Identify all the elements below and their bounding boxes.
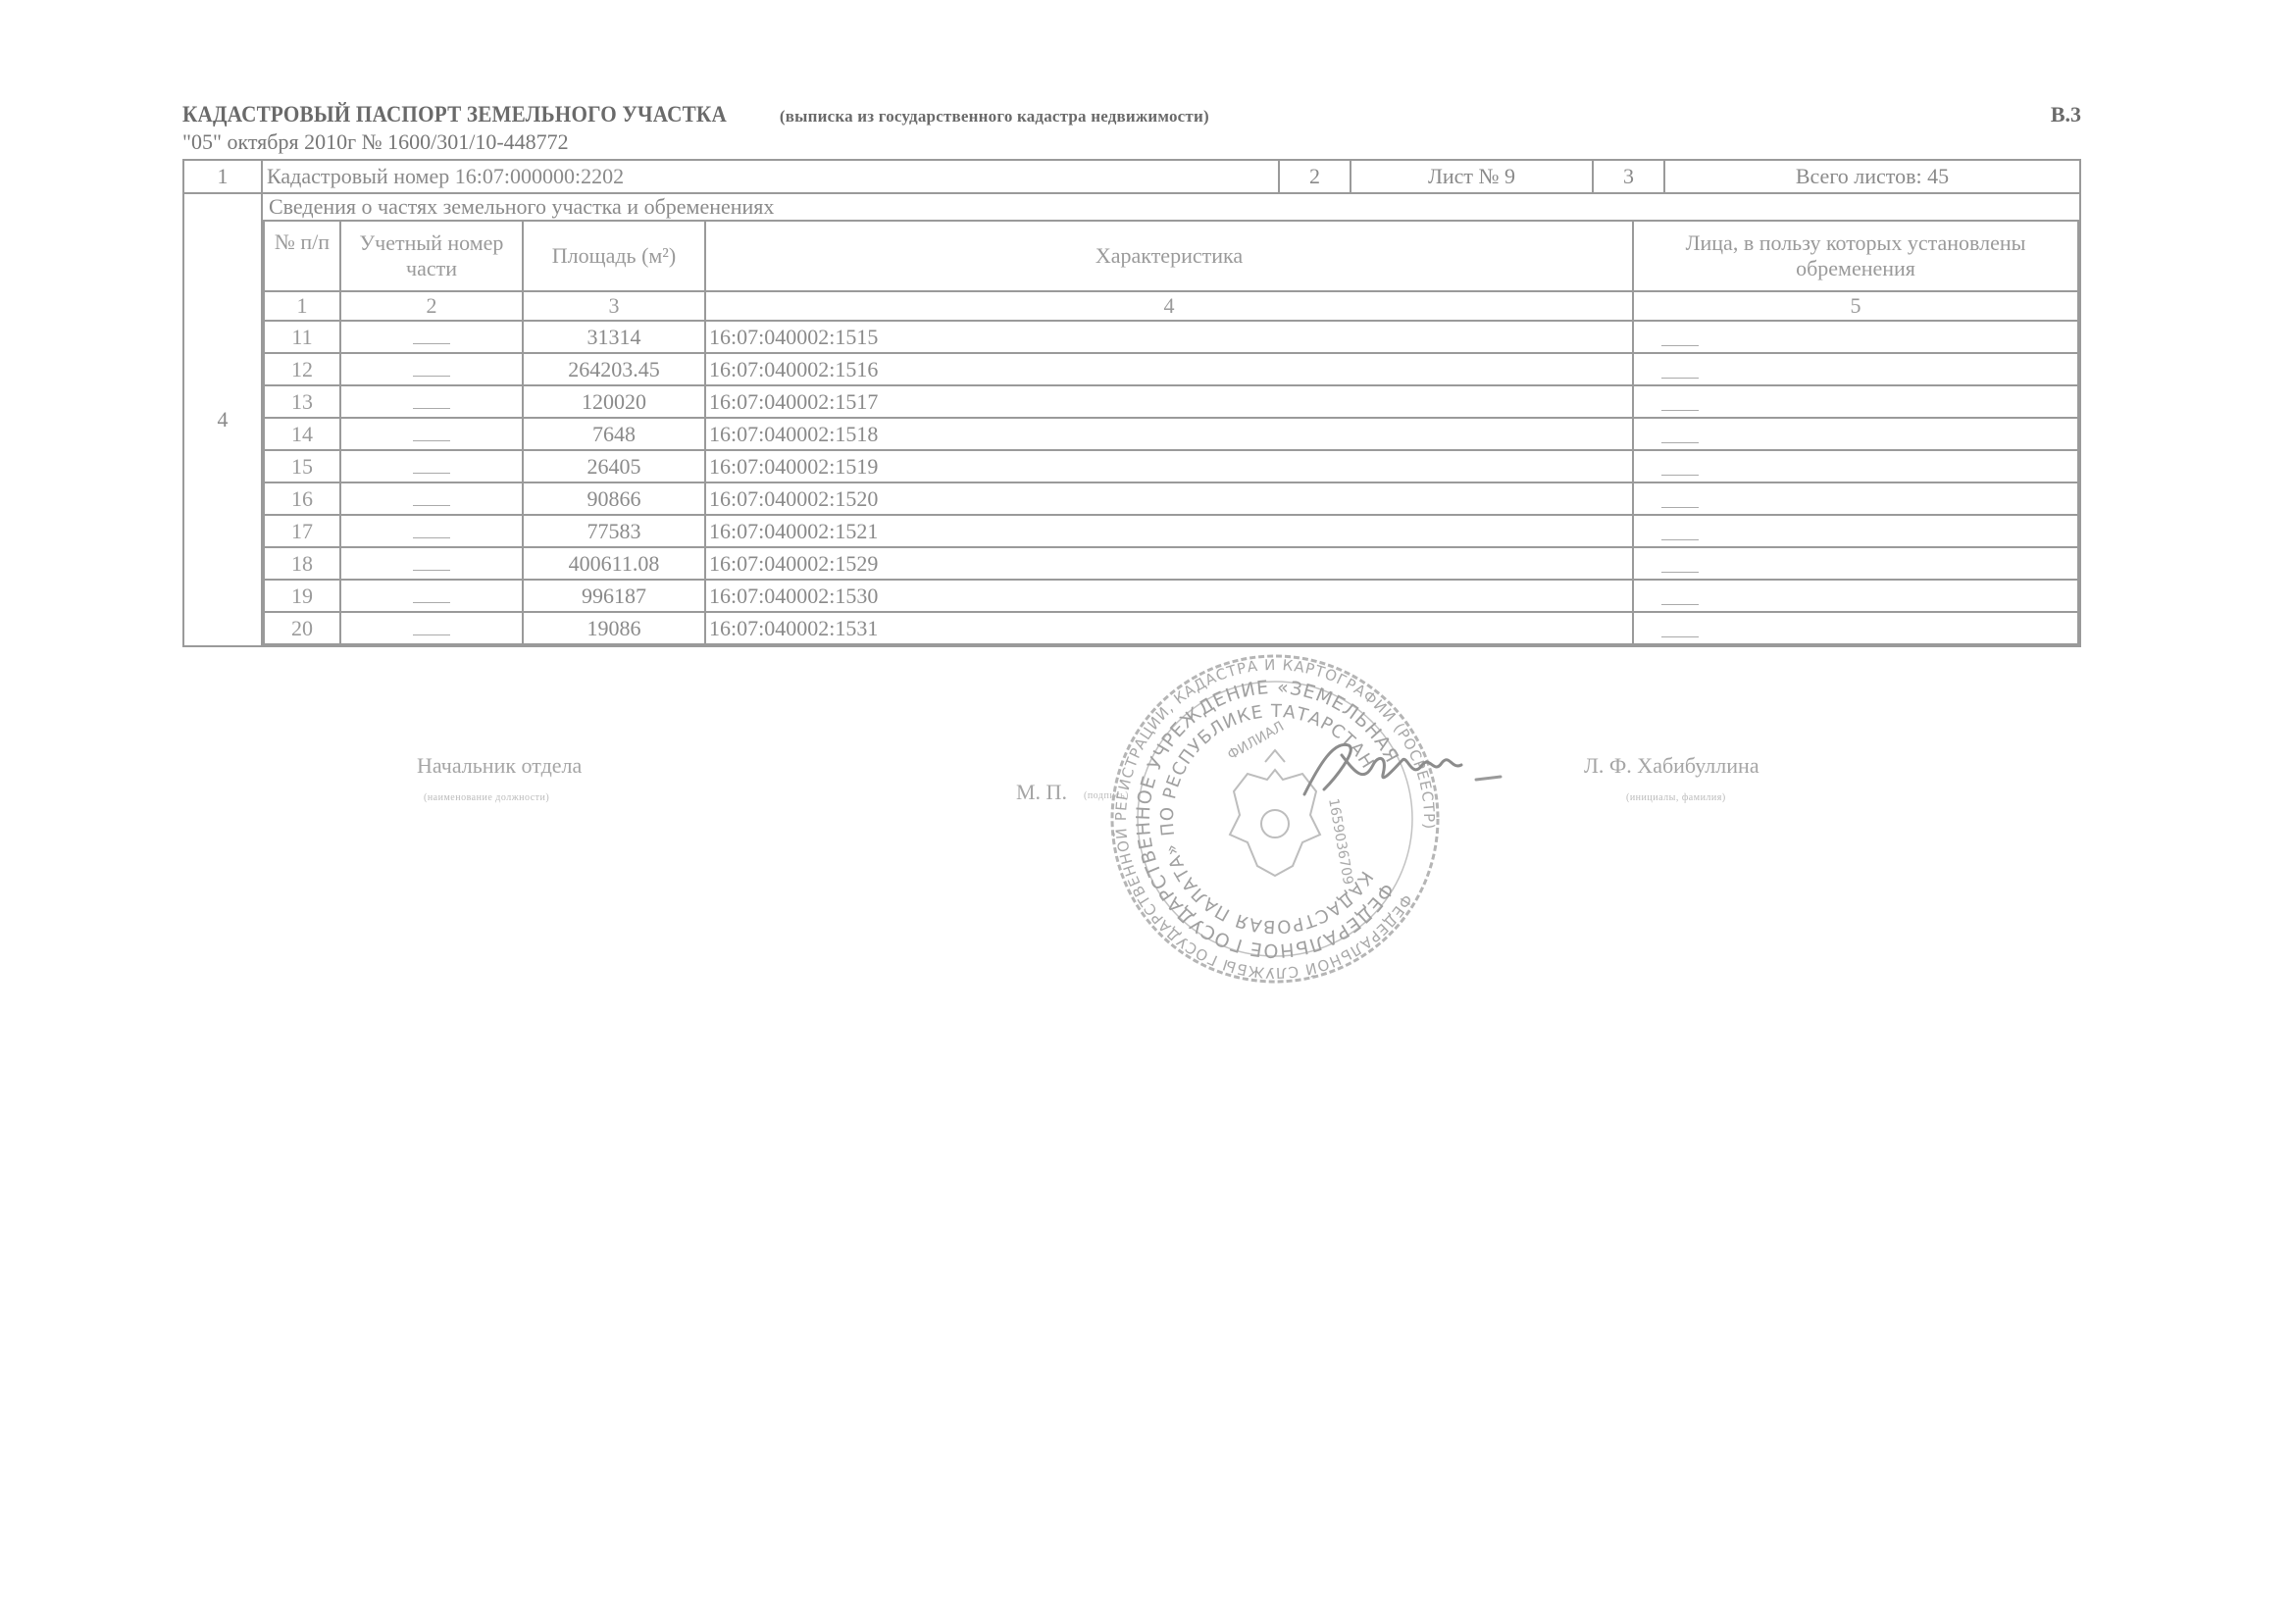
parts-table-container: № п/п Учетный номер части Площадь (м²) Х… [262, 220, 2080, 646]
beneficiaries-value [1633, 580, 2078, 612]
row-number: 13 [264, 385, 340, 418]
table-row: 201908616:07:040002:1531 [264, 612, 2078, 644]
part-number [340, 385, 523, 418]
part-number [340, 418, 523, 450]
beneficiaries-value [1633, 482, 2078, 515]
parts-table-body: 113131416:07:040002:151512264203.4516:07… [264, 321, 2078, 644]
table-row: 169086616:07:040002:1520 [264, 482, 2078, 515]
field2-index: 2 [1279, 160, 1351, 193]
title-main: КАДАСТРОВЫЙ ПАСПОРТ ЗЕМЕЛЬНОГО УЧАСТКА [182, 102, 727, 127]
cadastral-form-table: 1 Кадастровый номер 16:07:000000:2202 2 … [182, 159, 2081, 647]
col-header-area: Площадь (м²) [523, 221, 705, 291]
table-row: 1312002016:07:040002:1517 [264, 385, 2078, 418]
part-number [340, 482, 523, 515]
empty-value-dash [413, 623, 450, 635]
characteristic-value: 16:07:040002:1515 [705, 321, 1633, 353]
beneficiaries-value [1633, 547, 2078, 580]
cadastral-number-label: Кадастровый номер 16:07:000000:2202 [262, 160, 1279, 193]
row-number: 17 [264, 515, 340, 547]
area-value: 31314 [523, 321, 705, 353]
official-stamp-icon: ФЕДЕРАЛЬНОЙ СЛУЖБЫ ГОСУДАРСТВЕННОЙ РЕГИС… [1108, 652, 1442, 986]
parts-table: № п/п Учетный номер части Площадь (м²) Х… [263, 220, 2079, 645]
form-row-4: 4 Сведения о частях земельного участка и… [183, 193, 2080, 220]
row-number: 14 [264, 418, 340, 450]
characteristic-value: 16:07:040002:1529 [705, 547, 1633, 580]
row-number: 19 [264, 580, 340, 612]
col-header-beneficiaries: Лица, в пользу которых установлены обрем… [1633, 221, 2078, 291]
row-number: 18 [264, 547, 340, 580]
empty-value-dash [413, 526, 450, 538]
empty-value-dash [413, 364, 450, 377]
characteristic-value: 16:07:040002:1520 [705, 482, 1633, 515]
empty-value-dash [1661, 333, 1699, 346]
characteristic-value: 16:07:040002:1521 [705, 515, 1633, 547]
table-row: 177758316:07:040002:1521 [264, 515, 2078, 547]
empty-value-dash [413, 429, 450, 441]
table-row: 12264203.4516:07:040002:1516 [264, 353, 2078, 385]
field3-index: 3 [1593, 160, 1664, 193]
document-date-number: "05" октября 2010г № 1600/301/10-448772 [182, 129, 569, 155]
empty-value-dash [1661, 463, 1699, 476]
table-row: 1999618716:07:040002:1530 [264, 580, 2078, 612]
handwritten-signature-icon [1265, 726, 1520, 804]
empty-value-dash [1661, 592, 1699, 605]
row-number: 12 [264, 353, 340, 385]
empty-value-dash [1661, 366, 1699, 379]
empty-value-dash [413, 558, 450, 571]
part-number [340, 450, 523, 482]
stamp-inn: 1659036709 [1325, 797, 1355, 887]
beneficiaries-value [1633, 450, 2078, 482]
empty-value-dash [413, 331, 450, 344]
characteristic-value: 16:07:040002:1530 [705, 580, 1633, 612]
area-value: 264203.45 [523, 353, 705, 385]
area-value: 19086 [523, 612, 705, 644]
empty-value-dash [1661, 528, 1699, 540]
col-header-characteristic: Характеристика [705, 221, 1633, 291]
part-number [340, 515, 523, 547]
area-value: 996187 [523, 580, 705, 612]
table-row: 113131416:07:040002:1515 [264, 321, 2078, 353]
empty-value-dash [413, 396, 450, 409]
table-row: 152640516:07:040002:1519 [264, 450, 2078, 482]
section4-title: Сведения о частях земельного участка и о… [262, 193, 2080, 220]
area-value: 26405 [523, 450, 705, 482]
col-header-num: № п/п [264, 221, 340, 291]
col-index-4: 4 [705, 291, 1633, 321]
beneficiaries-value [1633, 515, 2078, 547]
col-index-2: 2 [340, 291, 523, 321]
empty-value-dash [1661, 625, 1699, 637]
parts-index-row: 1 2 3 4 5 [264, 291, 2078, 321]
part-number [340, 321, 523, 353]
characteristic-value: 16:07:040002:1531 [705, 612, 1633, 644]
col-index-5: 5 [1633, 291, 2078, 321]
name-caption: (инициалы, фамилия) [1626, 792, 1726, 803]
characteristic-value: 16:07:040002:1516 [705, 353, 1633, 385]
empty-value-dash [1661, 495, 1699, 508]
parts-header-row: № п/п Учетный номер части Площадь (м²) Х… [264, 221, 2078, 291]
form-row-1: 1 Кадастровый номер 16:07:000000:2202 2 … [183, 160, 2080, 193]
total-sheets-label: Всего листов: 45 [1664, 160, 2080, 193]
area-value: 90866 [523, 482, 705, 515]
row-number: 16 [264, 482, 340, 515]
part-number [340, 547, 523, 580]
document-title: КАДАСТРОВЫЙ ПАСПОРТ ЗЕМЕЛЬНОГО УЧАСТКА (… [182, 102, 1209, 127]
col-index-3: 3 [523, 291, 705, 321]
beneficiaries-value [1633, 385, 2078, 418]
row-number: 20 [264, 612, 340, 644]
row1-index: 1 [183, 160, 262, 193]
table-row: 18400611.0816:07:040002:1529 [264, 547, 2078, 580]
empty-value-dash [413, 461, 450, 474]
beneficiaries-value [1633, 418, 2078, 450]
seal-label: М. П. [1016, 780, 1067, 805]
sheet-code: В.3 [2051, 102, 2081, 127]
sheet-number-label: Лист № 9 [1351, 160, 1593, 193]
area-value: 7648 [523, 418, 705, 450]
section4-index: 4 [183, 193, 262, 646]
signatory-name: Л. Ф. Хабибуллина [1584, 753, 1759, 779]
beneficiaries-value [1633, 321, 2078, 353]
row-number: 15 [264, 450, 340, 482]
col-header-part-number: Учетный номер части [340, 221, 523, 291]
area-value: 120020 [523, 385, 705, 418]
empty-value-dash [1661, 431, 1699, 443]
empty-value-dash [1661, 398, 1699, 411]
empty-value-dash [1661, 560, 1699, 573]
position-caption: (наименование должности) [424, 792, 549, 803]
area-value: 77583 [523, 515, 705, 547]
beneficiaries-value [1633, 353, 2078, 385]
characteristic-value: 16:07:040002:1519 [705, 450, 1633, 482]
area-value: 400611.08 [523, 547, 705, 580]
part-number [340, 353, 523, 385]
characteristic-value: 16:07:040002:1517 [705, 385, 1633, 418]
signatory-position: Начальник отдела [417, 753, 582, 779]
characteristic-value: 16:07:040002:1518 [705, 418, 1633, 450]
beneficiaries-value [1633, 612, 2078, 644]
row-number: 11 [264, 321, 340, 353]
table-row: 14764816:07:040002:1518 [264, 418, 2078, 450]
part-number [340, 580, 523, 612]
part-number [340, 612, 523, 644]
col-index-1: 1 [264, 291, 340, 321]
empty-value-dash [413, 590, 450, 603]
title-subtitle: (выписка из государственного кадастра не… [780, 107, 1209, 126]
empty-value-dash [413, 493, 450, 506]
